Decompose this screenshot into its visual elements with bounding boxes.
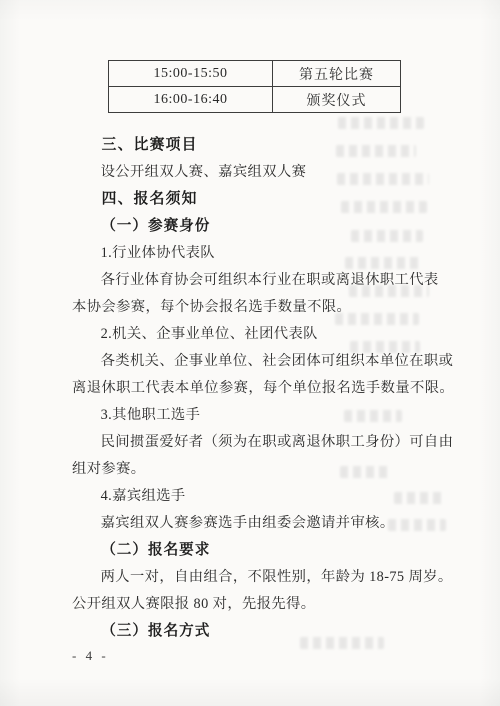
paragraph: 各类机关、企事业单位、社会团体可组织本单位在职或 离退休职工代表本单位参赛，每个…: [72, 348, 472, 402]
schedule-table: 15:00-15:50 第五轮比赛 16:00-16:40 颁奖仪式: [108, 60, 401, 113]
paragraph: 设公开组双人赛、嘉宾组双人赛: [72, 159, 472, 186]
paragraph-line: 2.机关、企事业单位、社团代表队: [72, 321, 472, 348]
paragraph-line: 4.嘉宾组选手: [72, 483, 472, 510]
paragraph-line: 1.行业体协代表队: [72, 240, 472, 267]
subheading-text: （一）参赛身份: [72, 213, 472, 240]
table-row: 15:00-15:50 第五轮比赛: [109, 61, 401, 87]
paragraph-line: 嘉宾组双人赛参赛选手由组委会邀请并审核。: [72, 510, 472, 537]
subsection-heading-2: （二）报名要求: [72, 537, 472, 564]
paragraph: 各行业体育协会可组织本行业在职或离退休职工代表 本协会参赛，每个协会报名选手数量…: [72, 267, 472, 321]
paragraph-line: 设公开组双人赛、嘉宾组双人赛: [72, 159, 472, 186]
paragraph-line: 公开组双人赛限报 80 对，先报先得。: [72, 591, 472, 618]
paragraph: 两人一对，自由组合，不限性别，年龄为 18-75 周岁。 公开组双人赛限报 80…: [72, 564, 472, 618]
section-heading-4: 四、报名须知: [72, 186, 472, 213]
paragraph-line: 各行业体育协会可组织本行业在职或离退休职工代表: [72, 267, 472, 294]
event-cell: 颁奖仪式: [273, 87, 401, 113]
time-cell: 16:00-16:40: [109, 87, 273, 113]
page-number: - 4 -: [72, 648, 109, 664]
paragraph-line: 民间掼蛋爱好者（须为在职或离退休职工身份）可自由: [72, 429, 472, 456]
time-cell: 15:00-15:50: [109, 61, 273, 87]
paragraph-line: 各类机关、企事业单位、社会团体可组织本单位在职或: [72, 348, 472, 375]
paragraph: 嘉宾组双人赛参赛选手由组委会邀请并审核。: [72, 510, 472, 537]
list-item-4: 4.嘉宾组选手: [72, 483, 472, 510]
table-row: 16:00-16:40 颁奖仪式: [109, 87, 401, 113]
heading-text: 四、报名须知: [72, 186, 472, 213]
document-page: 15:00-15:50 第五轮比赛 16:00-16:40 颁奖仪式 三、比赛项…: [0, 0, 500, 706]
list-item-2: 2.机关、企事业单位、社团代表队: [72, 321, 472, 348]
bleed-through-mark: [338, 117, 424, 129]
section-heading-3: 三、比赛项目: [72, 132, 472, 159]
paragraph-line: 两人一对，自由组合，不限性别，年龄为 18-75 周岁。: [72, 564, 472, 591]
subsection-heading-1: （一）参赛身份: [72, 213, 472, 240]
paragraph: 民间掼蛋爱好者（须为在职或离退休职工身份）可自由 组对参赛。: [72, 429, 472, 483]
paragraph-line: 3.其他职工选手: [72, 402, 472, 429]
paragraph-line: 离退休职工代表本单位参赛，每个单位报名选手数量不限。: [72, 375, 472, 402]
list-item-3: 3.其他职工选手: [72, 402, 472, 429]
list-item-1: 1.行业体协代表队: [72, 240, 472, 267]
subheading-text: （三）报名方式: [72, 618, 472, 645]
subsection-heading-3: （三）报名方式: [72, 618, 472, 645]
paragraph-line: 组对参赛。: [72, 456, 472, 483]
subheading-text: （二）报名要求: [72, 537, 472, 564]
heading-text: 三、比赛项目: [72, 132, 472, 159]
document-body: 三、比赛项目 设公开组双人赛、嘉宾组双人赛 四、报名须知 （一）参赛身份 1.行…: [72, 132, 472, 645]
event-cell: 第五轮比赛: [273, 61, 401, 87]
paragraph-line: 本协会参赛，每个协会报名选手数量不限。: [72, 294, 472, 321]
